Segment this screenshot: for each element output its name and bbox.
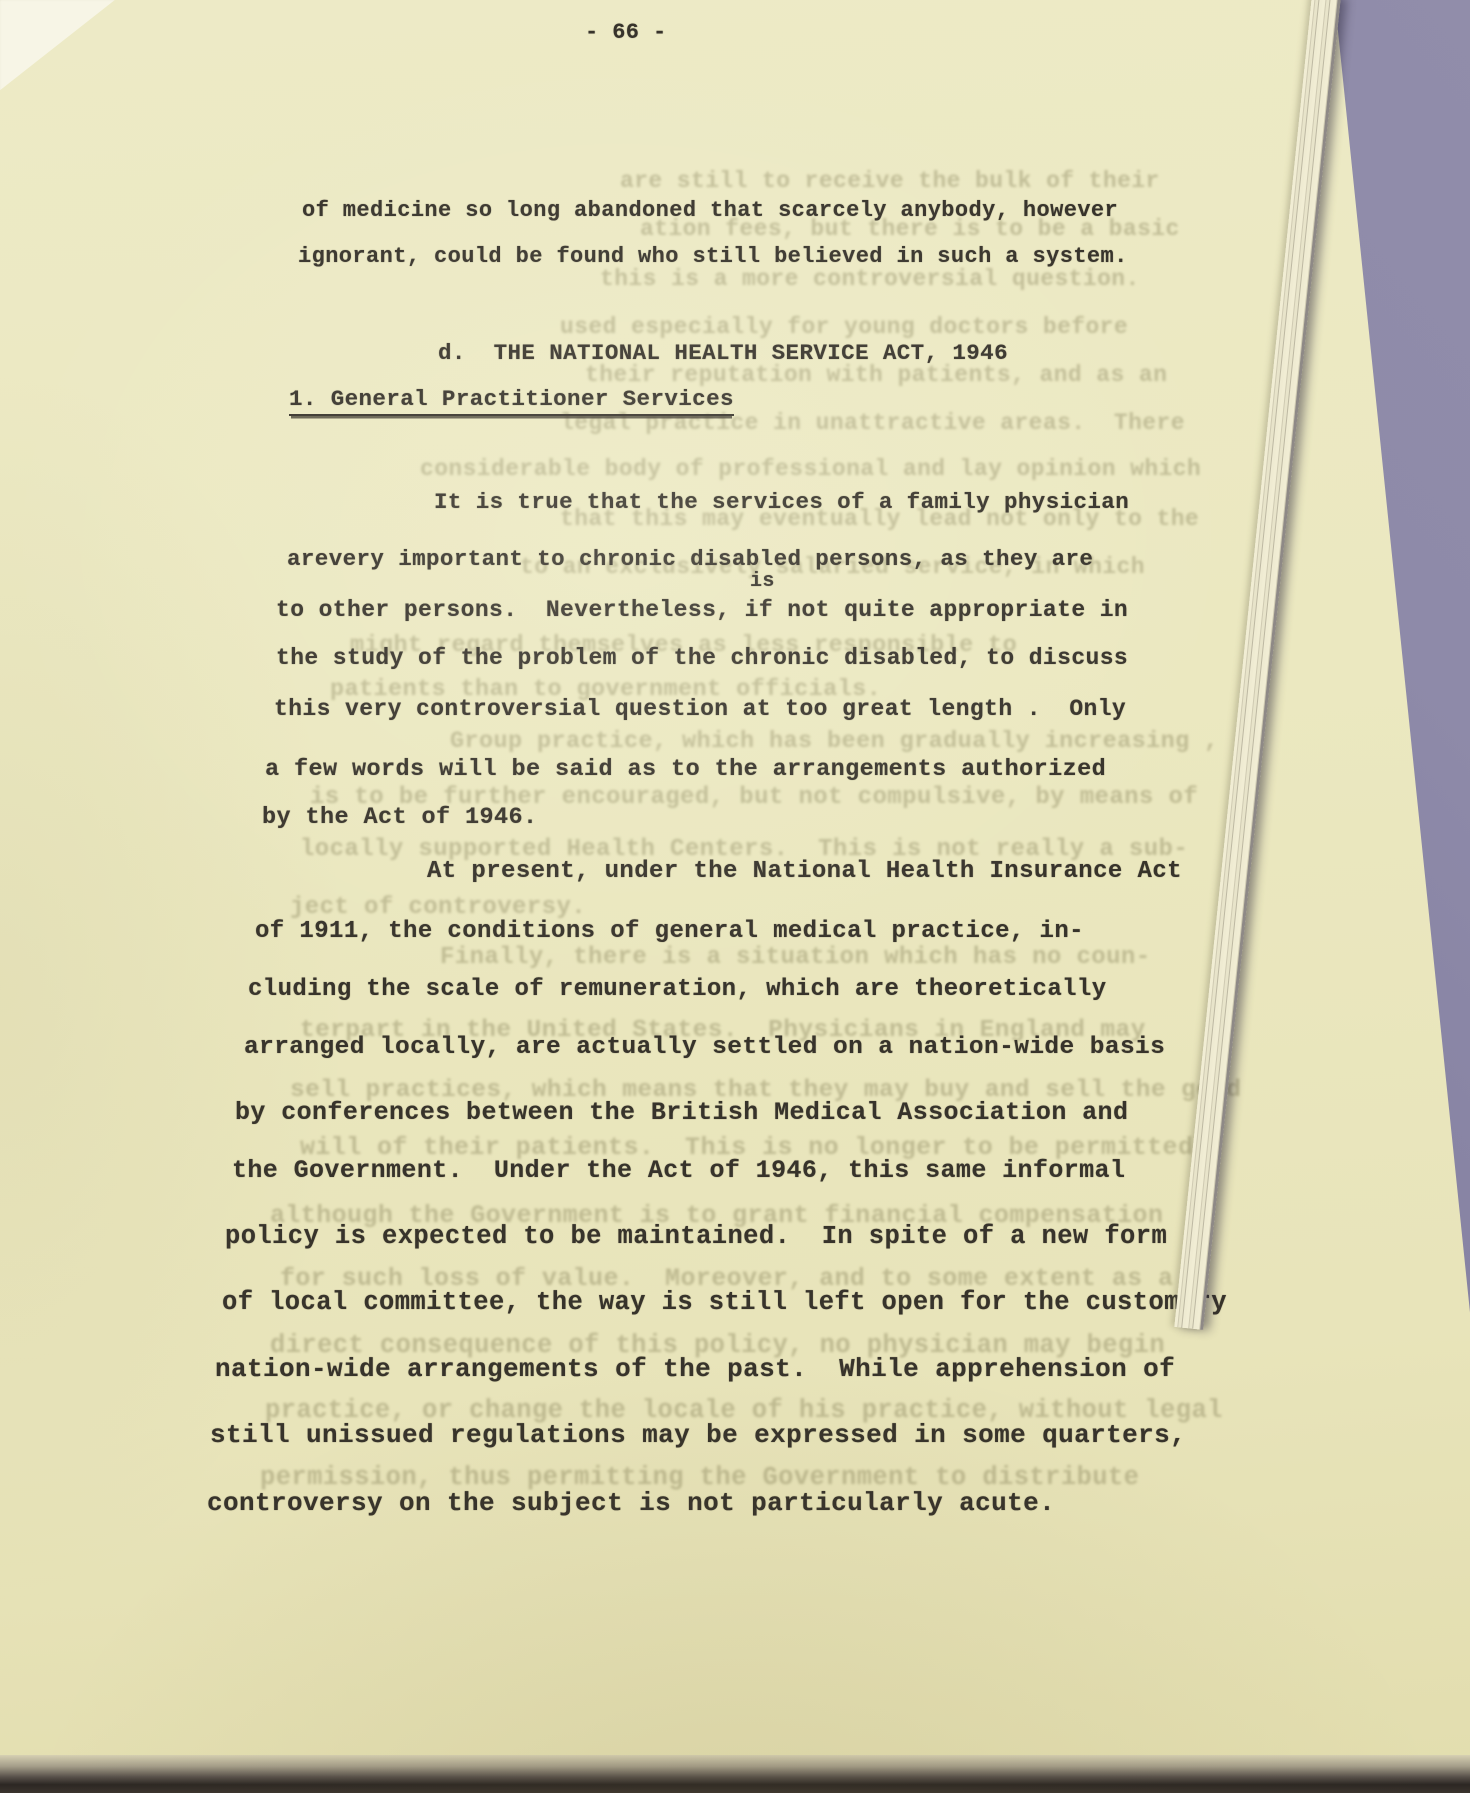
body-line: of local committee, the way is still lef… xyxy=(222,1288,1227,1317)
section-heading: d. THE NATIONAL HEALTH SERVICE ACT, 1946 xyxy=(438,340,1008,366)
body-line: still unissued regulations may be expres… xyxy=(210,1420,1186,1450)
body-line: by conferences between the British Medic… xyxy=(235,1098,1128,1127)
table-edge-shadow xyxy=(0,1755,1470,1793)
body-line: by the Act of 1946. xyxy=(262,804,538,831)
body-line: arranged locally, are actually settled o… xyxy=(244,1034,1165,1061)
body-line: nation-wide arrangements of the past. Wh… xyxy=(215,1354,1175,1384)
body-line: the study of the problem of the chronic … xyxy=(276,645,1128,671)
body-line: cluding the scale of remuneration, which… xyxy=(248,976,1107,1003)
body-line: of medicine so long abandoned that scarc… xyxy=(302,198,1118,223)
bleed-line: used especially for young doctors before xyxy=(560,314,1128,340)
body-line: the Government. Under the Act of 1946, t… xyxy=(232,1156,1125,1185)
bleed-line: are still to receive the bulk of their xyxy=(620,168,1160,194)
body-line: arevery important to chronic disabled pe… xyxy=(287,546,1093,572)
subsection-heading: 1. General Practitioner Services xyxy=(289,386,734,416)
inline-correction: is xyxy=(750,570,775,593)
body-line: ignorant, could be found who still belie… xyxy=(298,244,1128,269)
body-line: policy is expected to be maintained. In … xyxy=(225,1222,1167,1251)
body-line: this very controversial question at too … xyxy=(274,696,1126,722)
bleed-line: this is a more controversial question. xyxy=(600,266,1140,292)
body-line: to other persons. Nevertheless, if not q… xyxy=(276,597,1128,623)
bleed-line: Finally, there is a situation which has … xyxy=(440,944,1151,971)
body-line: At present, under the National Health In… xyxy=(427,858,1182,885)
bleed-line: ject of controversy. xyxy=(290,894,586,921)
page-number: - 66 - xyxy=(585,20,667,45)
bleed-line: Group practice, which has been gradually… xyxy=(450,728,1219,755)
body-line: controversy on the subject is not partic… xyxy=(207,1488,1055,1518)
body-line: of 1911, the conditions of general medic… xyxy=(255,918,1084,945)
bleed-line: considerable body of professional and la… xyxy=(420,456,1201,482)
underlying-sheet-corner xyxy=(0,0,140,110)
page-stack-edge xyxy=(1174,0,1341,1330)
document-photo: are still to receive the bulk of their a… xyxy=(0,0,1470,1793)
body-line: a few words will be said as to the arran… xyxy=(265,756,1106,783)
body-line: It is true that the services of a family… xyxy=(434,489,1129,515)
